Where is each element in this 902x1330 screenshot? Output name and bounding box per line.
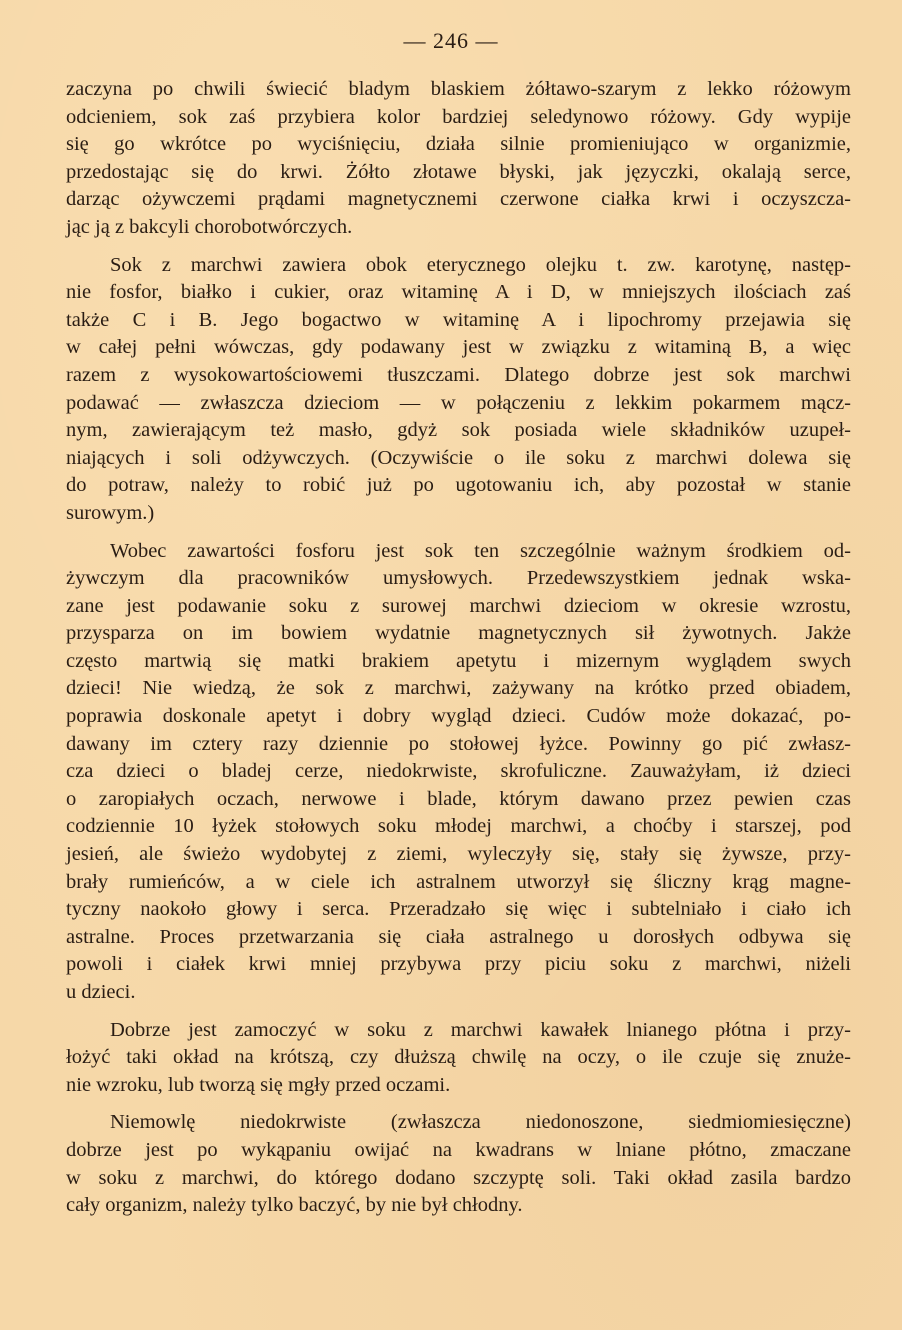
text-line: Sok z marchwi zawiera obok eterycznego o… <box>66 252 851 280</box>
text-line: się go wkrótce po wyciśnięciu, działa si… <box>66 131 851 159</box>
text-line: podawać — zwłaszcza dzieciom — w połącze… <box>66 390 851 418</box>
text-line: żywczym dla pracowników umysłowych. Prze… <box>66 565 851 593</box>
book-page: — 246 — zaczyna po chwili świecić bladym… <box>0 0 902 1330</box>
paragraph-3: Wobec zawartości fosforu jest sok ten sz… <box>66 538 851 1007</box>
paragraph-5: Niemowlę niedokrwiste (zwłaszcza niedono… <box>66 1109 851 1219</box>
text-line: cza dzieci o bladej cerze, niedokrwiste,… <box>66 758 851 786</box>
text-line: nym, zawierającym też masło, gdyż sok po… <box>66 417 851 445</box>
text-line: niających i soli odżywczych. (Oczywiście… <box>66 445 851 473</box>
paragraph-2: Sok z marchwi zawiera obok eterycznego o… <box>66 252 851 528</box>
text-line: dobrze jest po wykąpaniu owijać na kwadr… <box>66 1137 851 1165</box>
text-line: w soku z marchwi, do którego dodano szcz… <box>66 1165 851 1193</box>
page-number: — 246 — <box>0 28 902 54</box>
text-line: Niemowlę niedokrwiste (zwłaszcza niedono… <box>66 1109 851 1137</box>
text-line: darząc ożywczemi prądami magnetycznemi c… <box>66 186 851 214</box>
text-line: zaczyna po chwili świecić bladym blaskie… <box>66 76 851 104</box>
text-line: dzieci! Nie wiedzą, że sok z marchwi, za… <box>66 675 851 703</box>
text-line: dawany im cztery razy dziennie po stołow… <box>66 731 851 759</box>
text-line: jąc ją z bakcyli chorobotwórczych. <box>66 214 851 242</box>
text-line: przedostając się do krwi. Żółto złotawe … <box>66 159 851 187</box>
text-line: łożyć taki okład na krótszą, czy dłuższą… <box>66 1044 851 1072</box>
text-line: nie fosfor, białko i cukier, oraz witami… <box>66 279 851 307</box>
text-line: w całej pełni wówczas, gdy podawany jest… <box>66 334 851 362</box>
text-line: zane jest podawanie soku z surowej march… <box>66 593 851 621</box>
text-line: Wobec zawartości fosforu jest sok ten sz… <box>66 538 851 566</box>
text-line: przysparza on im bowiem wydatnie magnety… <box>66 620 851 648</box>
text-line: Dobrze jest zamoczyć w soku z marchwi ka… <box>66 1017 851 1045</box>
text-line: o zaropiałych oczach, nerwowe i blade, k… <box>66 786 851 814</box>
text-line: codziennie 10 łyżek stołowych soku młode… <box>66 813 851 841</box>
text-line: często martwią się matki brakiem apetytu… <box>66 648 851 676</box>
text-line: astralne. Proces przetwarzania się ciała… <box>66 924 851 952</box>
paragraph-1: zaczyna po chwili świecić bladym blaskie… <box>66 76 851 242</box>
text-line: surowym.) <box>66 500 851 528</box>
text-line: do potraw, należy to robić już po ugotow… <box>66 472 851 500</box>
text-line: tyczny naokoło głowy i serca. Przeradzał… <box>66 896 851 924</box>
paragraph-4: Dobrze jest zamoczyć w soku z marchwi ka… <box>66 1017 851 1100</box>
text-line: cały organizm, należy tylko baczyć, by n… <box>66 1192 851 1220</box>
text-line: nie wzroku, lub tworzą się mgły przed oc… <box>66 1072 851 1100</box>
text-line: jesień, ale świeżo wydobytej z ziemi, wy… <box>66 841 851 869</box>
text-line: brały rumieńców, a w ciele ich astralnem… <box>66 869 851 897</box>
text-line: razem z wysokowartościowemi tłuszczami. … <box>66 362 851 390</box>
text-line: poprawia doskonale apetyt i dobry wygląd… <box>66 703 851 731</box>
text-line: odcieniem, sok zaś przybiera kolor bardz… <box>66 104 851 132</box>
text-line: u dzieci. <box>66 979 851 1007</box>
body-text: zaczyna po chwili świecić bladym blaskie… <box>66 76 851 1220</box>
text-line: także C i B. Jego bogactwo w witaminę A … <box>66 307 851 335</box>
text-line: powoli i ciałek krwi mniej przybywa przy… <box>66 951 851 979</box>
